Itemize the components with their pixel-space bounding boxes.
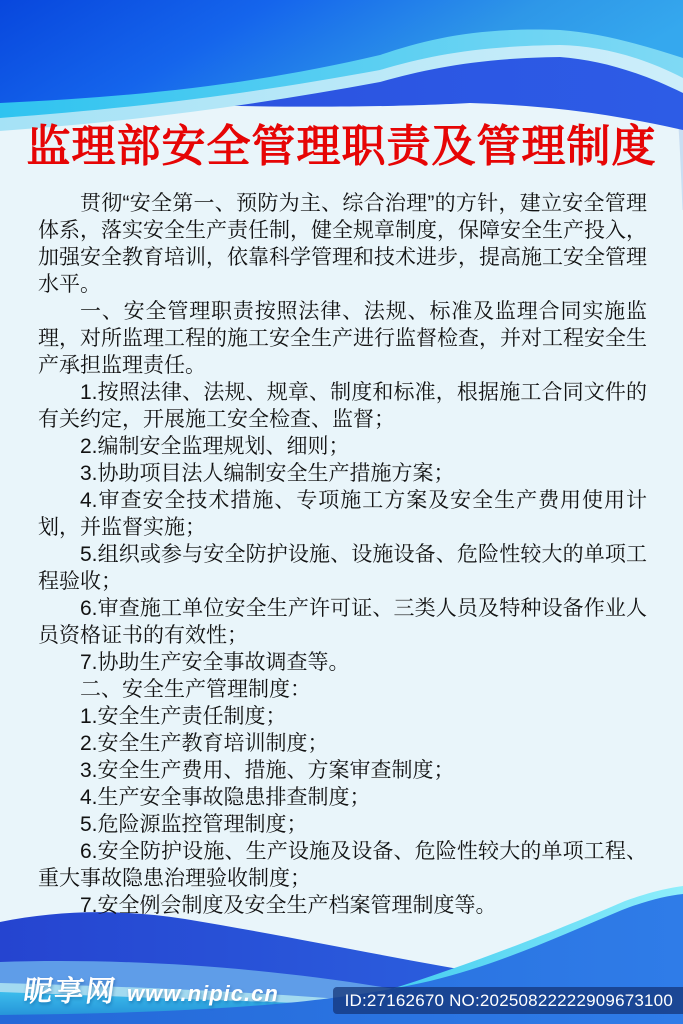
body-paragraph: 5.危险源监控管理制度； (38, 811, 647, 838)
brand-url: www.nipic.cn (127, 981, 279, 1007)
top-wave-decoration (0, 0, 683, 210)
body-paragraph: 1.按照法律、法规、规章、制度和标准，根据施工合同文件的有关约定，开展施工安全检… (38, 379, 647, 433)
body-paragraph: 2.安全生产教育培训制度； (38, 730, 647, 757)
body-paragraph: 1.安全生产责任制度； (38, 703, 647, 730)
body-paragraph: 6.审查施工单位安全生产许可证、三类人员及特种设备作业人员资格证书的有效性； (38, 595, 647, 649)
body-paragraph: 7.安全例会制度及安全生产档案管理制度等。 (38, 892, 647, 919)
body-text-block: 贯彻“安全第一、预防为主、综合治理”的方针，建立安全管理体系，落实安全生产责任制… (38, 190, 647, 919)
watermark: 昵享网 www.nipic.cn (24, 969, 279, 1010)
body-paragraph: 二、安全生产管理制度： (38, 676, 647, 703)
body-paragraph: 3.安全生产费用、措施、方案审查制度； (38, 757, 647, 784)
body-paragraph: 4.生产安全事故隐患排查制度； (38, 784, 647, 811)
body-paragraph: 2.编制安全监理规划、细则； (38, 433, 647, 460)
stock-id-badge: ID:27162670 NO:20250822222909673100 (333, 987, 683, 1014)
poster: { "title": "监理部安全管理职责及管理制度", "body": { "… (0, 0, 683, 1024)
body-paragraph: 7.协助生产安全事故调查等。 (38, 649, 647, 676)
brand-logo: 昵享网 (21, 969, 120, 1010)
body-paragraph: 3.协助项目法人编制安全生产措施方案； (38, 460, 647, 487)
page-title: 监理部安全管理职责及管理制度 (0, 122, 683, 173)
body-paragraph: 5.组织或参与安全防护设施、设施设备、危险性较大的单项工程验收； (38, 541, 647, 595)
body-paragraph: 6.安全防护设施、生产设施及设备、危险性较大的单项工程、重大事故隐患治理验收制度… (38, 838, 647, 892)
body-paragraph: 4.审查安全技术措施、专项施工方案及安全生产费用使用计划，并监督实施； (38, 487, 647, 541)
body-paragraph: 贯彻“安全第一、预防为主、综合治理”的方针，建立安全管理体系，落实安全生产责任制… (38, 190, 647, 298)
body-paragraph: 一、安全管理职责按照法律、法规、标准及监理合同实施监理，对所监理工程的施工安全生… (38, 298, 647, 379)
